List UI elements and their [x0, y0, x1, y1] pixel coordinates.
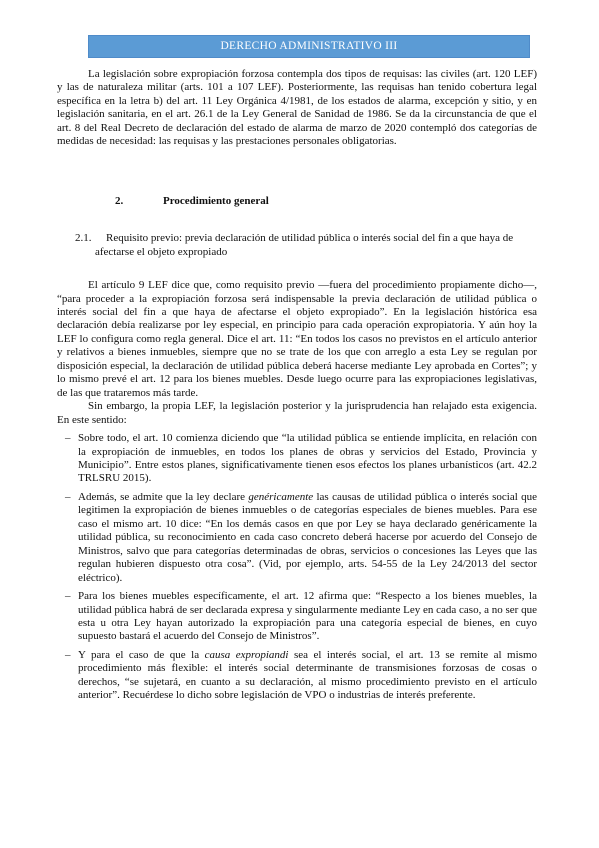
body-paragraph: La legislación sobre expropiación forzos…	[57, 68, 537, 149]
subsection-heading-number: 2.1.	[75, 232, 106, 245]
subsection-heading: 2.1.Requisito previo: previa declaración…	[57, 232, 537, 259]
bullet-text: Para los bienes muebles específicamente,…	[78, 590, 537, 644]
document-body: La legislación sobre expropiación forzos…	[57, 68, 537, 703]
course-title: DERECHO ADMINISTRATIVO III	[220, 40, 397, 52]
text-segment: Sin embargo, la propia LEF, la legislaci…	[57, 400, 537, 425]
bullet-dash: –	[57, 590, 78, 644]
course-title-bar: DERECHO ADMINISTRATIVO III	[88, 35, 530, 58]
subsection-heading-label: Requisito previo: previa declaración de …	[95, 232, 513, 257]
text-segment: El artículo 9 LEF dice que, como requisi…	[57, 279, 537, 399]
bullet-item: –Además, se admite que la ley declare ge…	[57, 491, 537, 585]
text-segment: Procedimiento general	[163, 195, 269, 207]
section-heading: 2.Procedimiento general	[115, 195, 537, 208]
bullet-dash: –	[57, 491, 78, 585]
text-segment: Además, se admite que la ley declare	[78, 491, 248, 503]
bullet-item: –Sobre todo, el art. 10 comienza diciend…	[57, 432, 537, 486]
bullet-dash: –	[57, 432, 78, 486]
section-heading-label: Procedimiento general	[163, 195, 269, 207]
body-paragraph: Sin embargo, la propia LEF, la legislaci…	[57, 400, 537, 427]
text-segment: Requisito previo: previa declaración de …	[95, 232, 513, 257]
text-segment: genéricamente	[248, 491, 313, 503]
document-content: DERECHO ADMINISTRATIVO III La legislació…	[57, 35, 537, 703]
text-segment: Y para el caso de que la	[78, 649, 205, 661]
text-segment: las causas de utilidad pública o interés…	[78, 491, 537, 584]
bullet-dash: –	[57, 649, 78, 703]
text-segment: La legislación sobre expropiación forzos…	[57, 68, 537, 147]
bullet-item: –Y para el caso de que la causa expropia…	[57, 649, 537, 703]
document-page: DERECHO ADMINISTRATIVO III La legislació…	[0, 0, 599, 848]
bullet-text: Sobre todo, el art. 10 comienza diciendo…	[78, 432, 537, 486]
bullet-text: Además, se admite que la ley declare gen…	[78, 491, 537, 585]
text-segment: Para los bienes muebles específicamente,…	[78, 590, 537, 642]
text-segment: Sobre todo, el art. 10 comienza diciendo…	[78, 432, 537, 484]
body-paragraph: El artículo 9 LEF dice que, como requisi…	[57, 279, 537, 400]
text-segment: causa expropiandi	[205, 649, 289, 661]
bullet-text: Y para el caso de que la causa expropian…	[78, 649, 537, 703]
section-heading-number: 2.	[115, 195, 163, 208]
bullet-item: –Para los bienes muebles específicamente…	[57, 590, 537, 644]
